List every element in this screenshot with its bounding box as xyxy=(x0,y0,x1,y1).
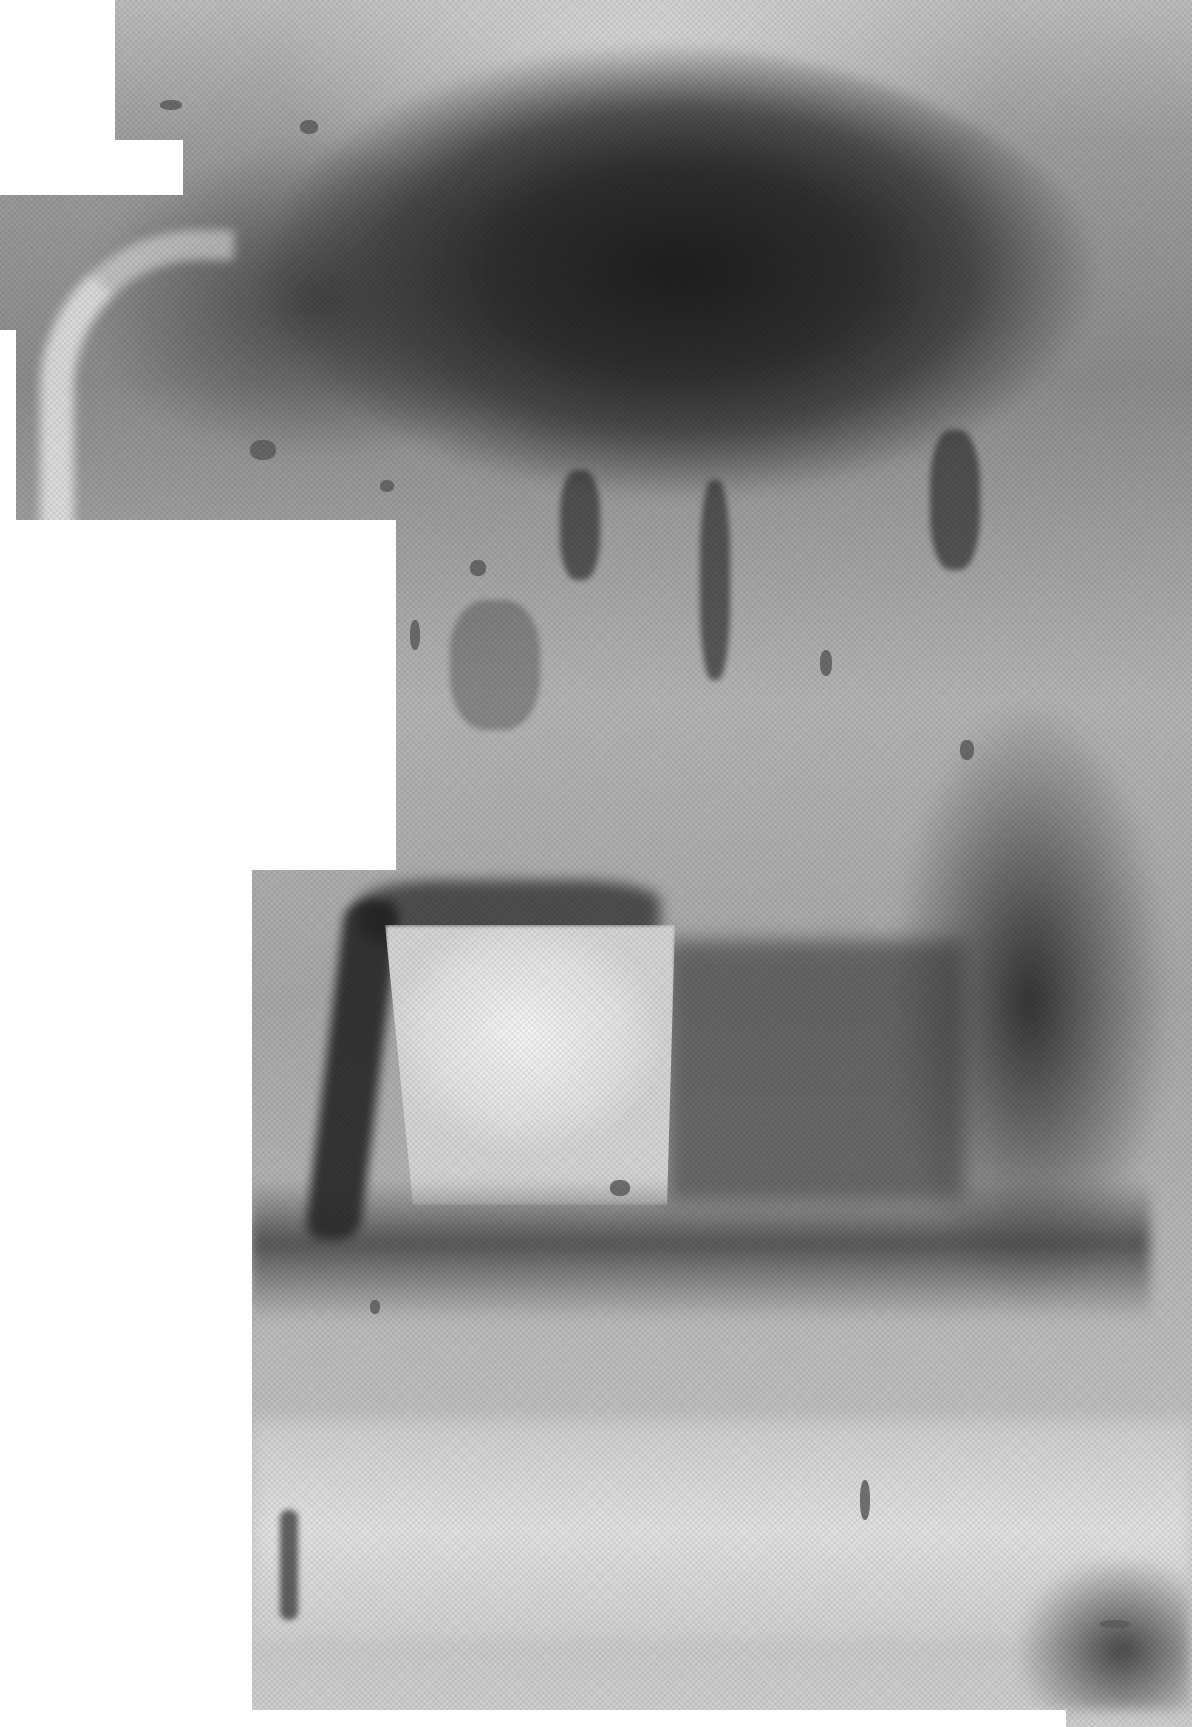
halftone-screen xyxy=(0,0,1200,1727)
archival-photograph xyxy=(0,0,1200,1727)
